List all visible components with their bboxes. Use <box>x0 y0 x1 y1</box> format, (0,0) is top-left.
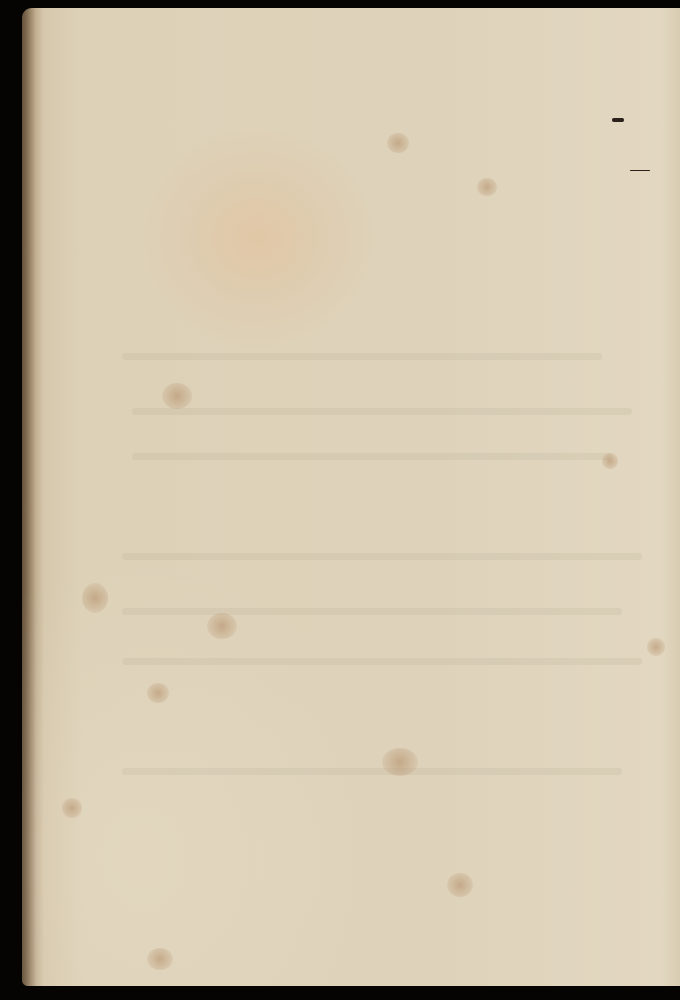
foxing-spot <box>602 453 618 469</box>
foxing-spot <box>647 638 665 656</box>
foxing-spot <box>382 748 418 776</box>
foxing-spot <box>62 798 82 818</box>
blank-book-page <box>22 8 680 986</box>
foxing-spot <box>387 133 409 153</box>
foxing-spot <box>82 583 108 613</box>
bleed-through-line <box>122 608 622 615</box>
foxing-spot <box>162 383 192 409</box>
bleed-through-line <box>122 553 642 560</box>
foxing-spot <box>147 948 173 970</box>
bleed-through-line <box>122 768 622 775</box>
foxing-spot <box>207 613 237 639</box>
page-gutter-shadow <box>22 8 36 986</box>
ink-speck <box>612 118 624 122</box>
foxing-spot <box>477 178 497 196</box>
foxing-spot <box>147 683 169 703</box>
ink-speck <box>630 170 650 171</box>
foxing-spot <box>447 873 473 897</box>
bleed-through-line <box>132 408 632 415</box>
bleed-through-line <box>122 353 602 360</box>
bleed-through-line <box>122 658 642 665</box>
bleed-through-line <box>132 453 612 460</box>
